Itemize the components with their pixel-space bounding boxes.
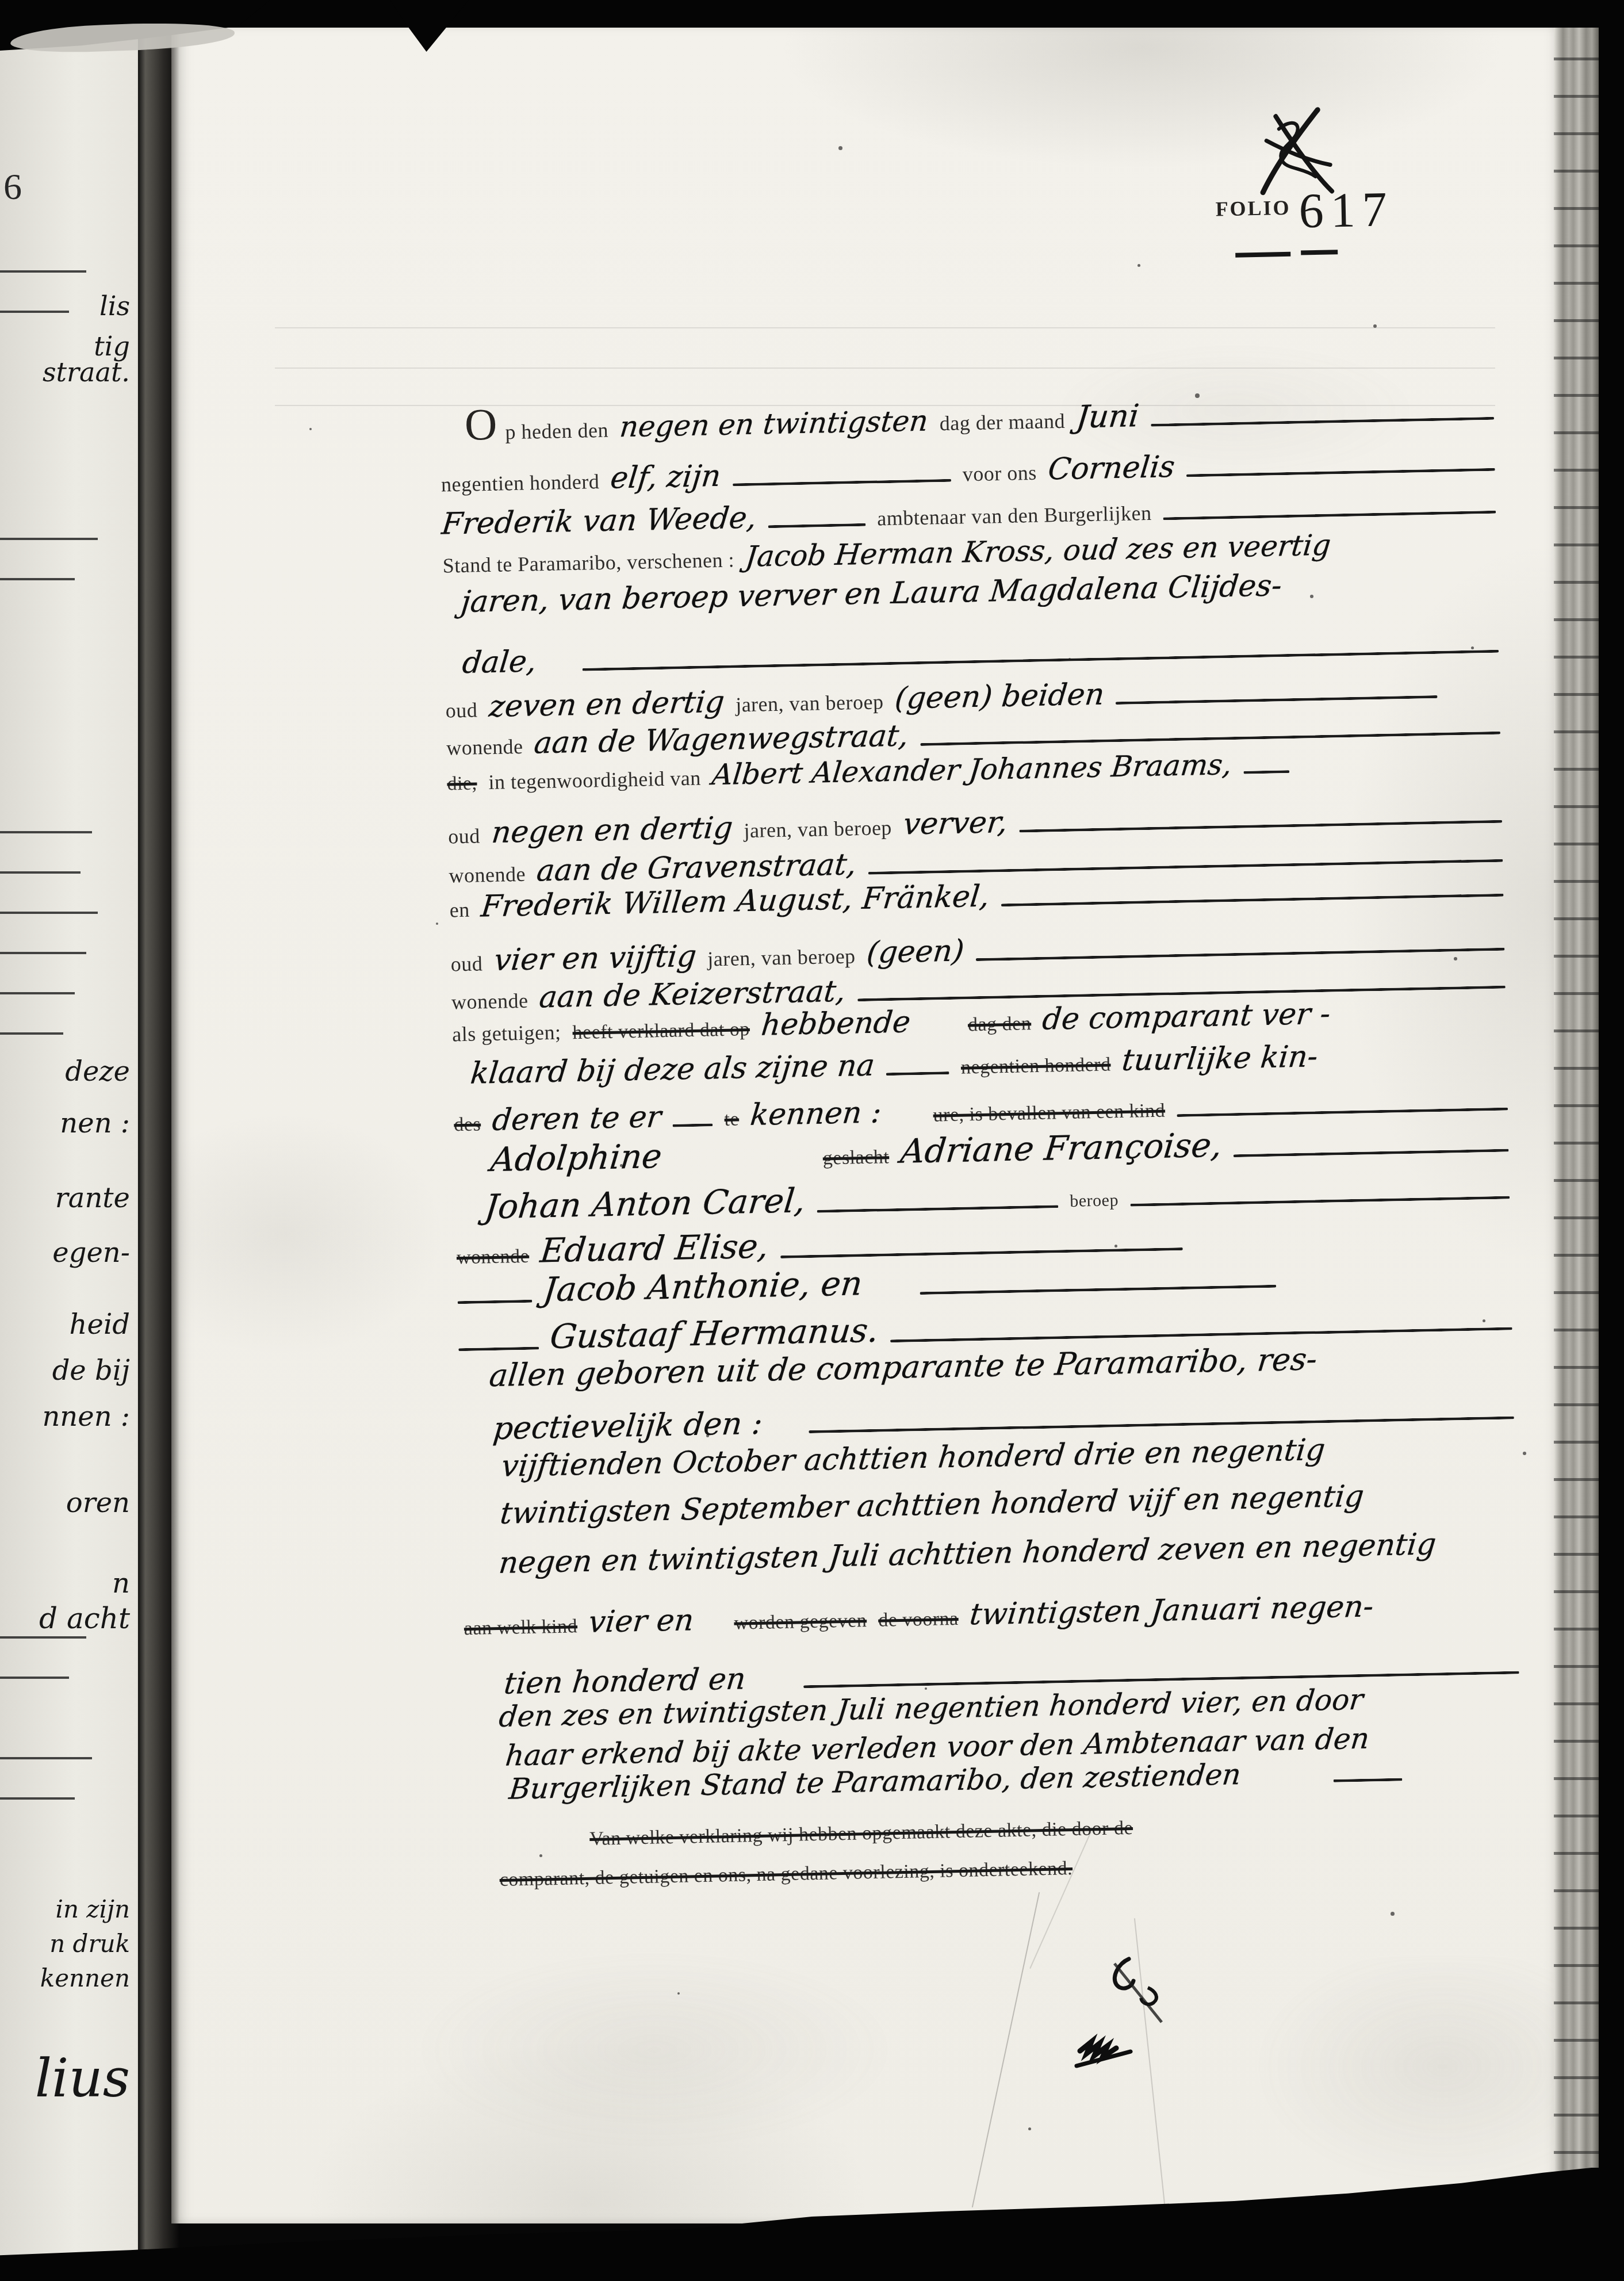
ruled-line: [768, 523, 866, 528]
ruled-line: [886, 1071, 949, 1076]
handwritten-text: zeven en dertig: [487, 685, 726, 724]
bleed-through-text: in zijn: [56, 1895, 130, 1923]
ruled-line: [0, 1636, 86, 1639]
ink-scribble: [1244, 105, 1343, 204]
printed-text: voor ons: [962, 461, 1037, 487]
ruled-line: [0, 538, 98, 540]
printed-text: dag der maand: [939, 409, 1065, 435]
printed-text: en: [449, 898, 470, 923]
handwritten-text: pectievelijk den :: [492, 1405, 764, 1447]
bleed-through-text: de bij: [52, 1354, 130, 1387]
spacer: [1253, 1782, 1322, 1784]
spacer: [673, 1165, 811, 1168]
printed-text: als getuigen;: [452, 1020, 561, 1047]
ruled-line: [583, 650, 1499, 671]
ruled-line: [0, 1677, 69, 1679]
handwritten-text: dale,: [461, 644, 538, 680]
ruled-line: [673, 1123, 713, 1127]
handwritten-text: twintigsten Januari negen-: [968, 1589, 1375, 1632]
struck-text: wonende: [457, 1246, 530, 1269]
handwritten-text: Juni: [1075, 397, 1141, 435]
act-line: Van welke verklaring wij hebben opgemaak…: [589, 1809, 1522, 1850]
printed-text: jaren, van beroep: [736, 690, 884, 717]
ruled-line: [1186, 468, 1495, 477]
handwritten-text: negen en dertig: [490, 810, 734, 850]
printed-text: ambtenaar van den Burgerlijken: [877, 501, 1152, 531]
spacer: [757, 1688, 792, 1689]
spacer: [893, 1122, 922, 1122]
handwritten-text: hebbende: [760, 1005, 912, 1042]
handwritten-text: twintigsten September achttien honderd v…: [499, 1479, 1366, 1531]
spacer: [774, 1433, 797, 1433]
ruled-line: [0, 1757, 92, 1759]
ruled-line: [458, 1346, 539, 1351]
ruled-line: [1001, 894, 1503, 907]
handwritten-text: Jacob Anthonie, en: [542, 1264, 864, 1309]
handwritten-text: de comparant ver -: [1041, 997, 1332, 1037]
ruled-line: [0, 992, 75, 994]
struck-text: die,: [447, 772, 477, 795]
printed-text: oud: [448, 824, 480, 848]
handwritten-text: Gustaaf Hermanus.: [548, 1311, 880, 1357]
handwritten-text: tien honderd en: [503, 1662, 748, 1701]
bleed-through-text: heid: [70, 1308, 130, 1341]
printed-text: jaren, van beroep: [744, 816, 892, 843]
handwritten-text: elf, zijn: [609, 459, 723, 496]
document-scan: 6listigstraat.dezenen :ranteegen-heidde …: [0, 0, 1624, 2281]
printed-text: wonende: [449, 862, 526, 888]
page-edge-stack: [1554, 23, 1601, 2226]
ruled-line: [0, 871, 81, 874]
handwritten-text: aan de Wagenwegstraat,: [533, 718, 910, 760]
spacer: [706, 1629, 723, 1630]
handwritten-text: Eduard Elise,: [539, 1226, 771, 1270]
ruled-line: [457, 1300, 532, 1304]
act-line: twintigsten September achttien honderd v…: [500, 1476, 1516, 1530]
handwritten-text: Frederik van Weede,: [440, 501, 758, 542]
bleed-through-text: nnen :: [42, 1400, 130, 1433]
ruled-line: [0, 578, 75, 580]
ruled-line: [1116, 695, 1438, 705]
bleed-through-text: kennen: [40, 1964, 130, 1992]
handwritten-text: Cornelis: [1046, 450, 1176, 487]
ruled-line: [0, 270, 86, 273]
ruled-line: [1163, 511, 1496, 521]
printed-text: negentien honderd: [441, 469, 600, 497]
ruled-line: [0, 912, 98, 914]
ruled-line: [1244, 770, 1290, 774]
facing-page-edge: 6listigstraat.dezenen :ranteegen-heidde …: [0, 24, 138, 2256]
printed-text: wonende: [451, 989, 528, 1015]
act-text: FOLIO 617 Op heden dennegen en twintigst…: [151, 0, 1581, 2224]
handwritten-text: negen en twintigsten: [618, 404, 930, 444]
bleed-through-text: oren: [66, 1487, 130, 1519]
printed-initial: O: [464, 408, 497, 441]
ruled-line: [0, 311, 69, 313]
struck-text: heeft verklaard dat op: [572, 1019, 750, 1044]
handwritten-text: Johan Anton Carel,: [483, 1181, 807, 1226]
struck-text: des: [454, 1113, 481, 1136]
ruled-line: [1234, 1149, 1509, 1158]
folio-underline: [1301, 250, 1338, 255]
spacer: [548, 671, 571, 671]
folio-underline: [1235, 252, 1290, 258]
handwritten-text: vier en vijftig: [492, 939, 698, 978]
struck-text: geslacht: [822, 1146, 889, 1169]
printed-text: oud: [445, 698, 477, 722]
ruled-line: [0, 1797, 75, 1800]
ruled-line: [1333, 1778, 1402, 1782]
handwritten-text: klaard bij deze als zijne na: [469, 1048, 876, 1091]
handwritten-text: negen en twintigsten Juli achttien honde…: [497, 1527, 1438, 1580]
handwritten-text: verver,: [902, 805, 1009, 842]
bleed-through-text: straat.: [43, 357, 130, 388]
bleed-through-text: nen :: [60, 1107, 130, 1139]
bleed-through-text: lius: [35, 2047, 130, 2109]
printed-text: beroep: [1070, 1191, 1119, 1211]
ruled-line: [976, 948, 1505, 961]
printed-text: oud: [450, 951, 482, 976]
handwritten-text: kennen :: [749, 1095, 883, 1132]
bleed-through-text: n: [112, 1567, 130, 1599]
ruled-line: [1130, 1196, 1510, 1207]
facing-page-number: 6: [3, 166, 22, 208]
ruled-line: [1019, 820, 1502, 833]
document-page: FOLIO 617 Op heden dennegen en twintigst…: [171, 25, 1558, 2223]
struck-text: ure, is bevallen van een kind: [933, 1100, 1165, 1127]
struck-text: te: [724, 1108, 739, 1131]
ruled-line: [780, 1247, 1183, 1258]
bleed-through-text: egen-: [52, 1237, 130, 1269]
struck-text: de voorna: [878, 1608, 959, 1632]
spacer: [922, 1031, 956, 1032]
handwritten-text: Adriane Françoise,: [899, 1126, 1224, 1171]
handwritten-text: deren te er: [491, 1100, 663, 1138]
act-line: comparant, de getuigen en ons, na gedane…: [499, 1848, 1523, 1891]
bleed-through-text: lis: [99, 290, 130, 322]
book-gutter-shadow: [137, 23, 179, 2260]
struck-text: aan welk kind: [464, 1616, 578, 1640]
printed-text: wonende: [446, 734, 523, 760]
bleed-through-text: n druk: [49, 1930, 130, 1958]
bleed-through-text: rante: [55, 1182, 130, 1214]
ruled-line: [0, 952, 86, 954]
struck-text: comparant, de getuigen en ons, na gedane…: [499, 1858, 1073, 1891]
act-line: Op heden dennegen en twintigstendag der …: [464, 388, 1494, 447]
bleed-through-text: deze: [65, 1055, 130, 1088]
handwritten-text: Jacob Herman Kross, oud zes en veertig: [744, 528, 1332, 573]
ruled-line: [920, 1285, 1277, 1295]
ruled-line: [1151, 417, 1494, 427]
printed-text: p heden den: [505, 418, 608, 445]
handwritten-text: (geen): [865, 933, 966, 970]
handwritten-text: Adolphine: [489, 1136, 664, 1179]
struck-text: Van welke verklaring wij hebben opgemaak…: [589, 1817, 1133, 1850]
printed-text: in tegenwoordigheid van: [488, 766, 701, 794]
ruled-line: [0, 1032, 63, 1035]
ruled-line: [0, 831, 92, 833]
bleed-through-text: d acht: [39, 1602, 130, 1635]
scan-background: [1599, 0, 1624, 2281]
ruled-line: [1177, 1108, 1508, 1117]
handwritten-text: vier en: [587, 1603, 696, 1640]
handwritten-text: (geen) beiden: [893, 677, 1106, 715]
printed-text: jaren, van beroep: [707, 944, 856, 971]
act-line: aan welk kindvier enworden gegevende voo…: [464, 1586, 1518, 1642]
handwritten-text: aan de Gravenstraat,: [535, 847, 859, 888]
struck-text: dag den: [968, 1013, 1032, 1036]
act-line: negen en twintigsten Juli achttien honde…: [499, 1525, 1517, 1580]
struck-text: negentien honderd: [961, 1054, 1111, 1078]
ruled-line: [817, 1205, 1059, 1212]
ruled-line: [733, 479, 951, 487]
printed-text: Stand te Paramaribo, verschenen :: [442, 548, 734, 577]
struck-text: worden gegeven: [734, 1610, 867, 1635]
spacer: [874, 1294, 909, 1295]
handwritten-text: tuurlijke kin-: [1120, 1039, 1319, 1078]
